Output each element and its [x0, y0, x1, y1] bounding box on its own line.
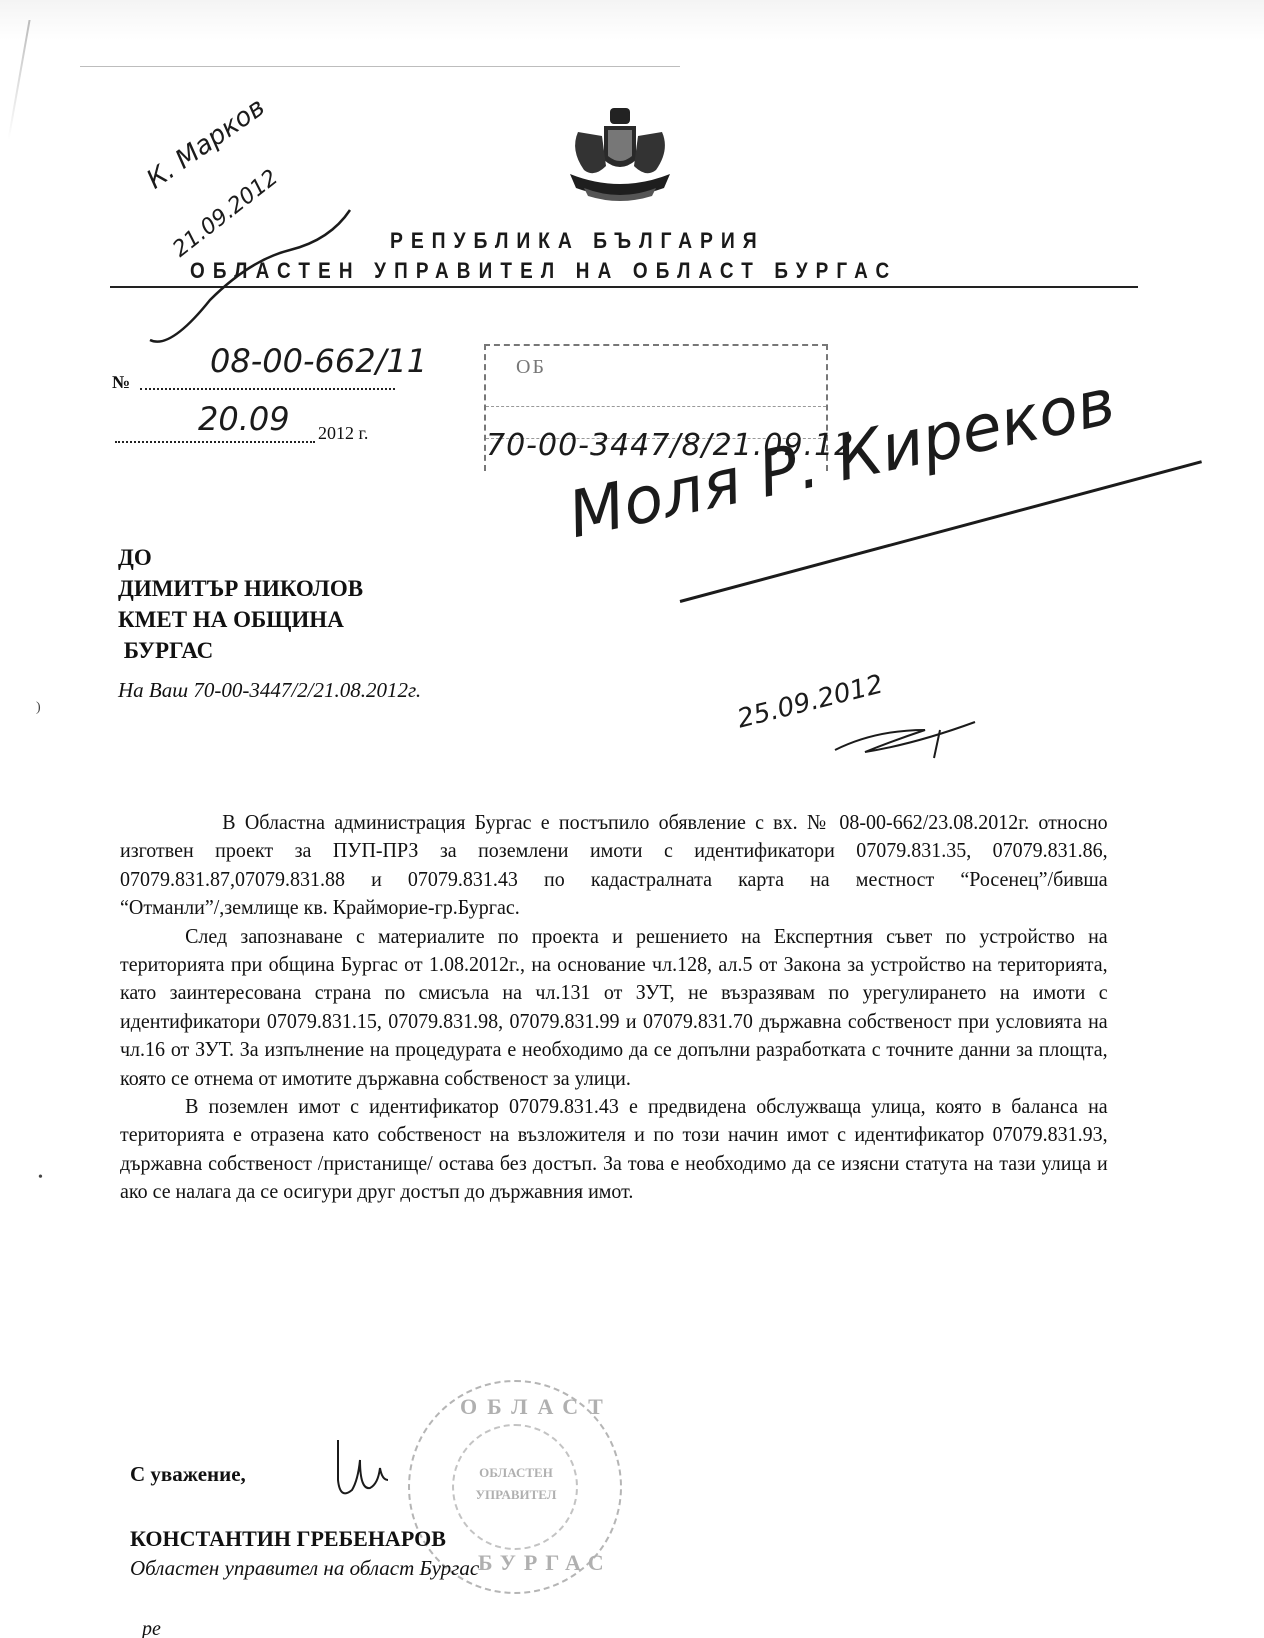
- bulgarian-coat-of-arms-icon: [560, 108, 680, 208]
- handwritten-stroke: [120, 190, 380, 350]
- registration-number-value: 08-00-662/11: [210, 342, 427, 380]
- seal-outer-top-text: ОБЛАСТ: [460, 1394, 613, 1420]
- letterhead-country: РЕПУБЛИКА БЪЛГАРИЯ: [390, 228, 765, 254]
- addressee-name: ДИМИТЪР НИКОЛОВ: [118, 573, 363, 604]
- signer-name: КОНСТАНТИН ГРЕБЕНАРОВ: [130, 1526, 446, 1552]
- registration-number-label: №: [112, 372, 130, 393]
- addressee-city: БУРГАС: [118, 635, 363, 666]
- signer-title: Областен управител на област Бургас: [130, 1556, 479, 1581]
- registration-number-dots: [140, 388, 395, 390]
- reference-number: На Ваш 70-00-3447/2/21.08.2012г.: [118, 678, 421, 703]
- addressee-to: ДО: [118, 542, 363, 573]
- preparer-initials: ре: [142, 1618, 161, 1638]
- seal-inner-line: ОБЛАСТЕН: [466, 1462, 566, 1484]
- scan-mark: •: [38, 1170, 43, 1186]
- letter-body: В Областна администрация Бургас е постъп…: [120, 808, 1108, 1206]
- body-paragraph: В Областна администрация Бургас е постъп…: [120, 808, 1108, 922]
- stamp-row-divider: [486, 406, 826, 407]
- resolution-signature: [830, 720, 980, 760]
- seal-outer-bottom-text: БУРГАС: [478, 1550, 612, 1576]
- scan-artifact-line: [80, 66, 680, 67]
- stamp-title: ОБ: [516, 356, 546, 379]
- addressee-position: КМЕТ НА ОБЩИНА: [118, 604, 363, 635]
- signer-signature: [330, 1438, 410, 1508]
- seal-inner-line: УПРАВИТЕЛ: [466, 1484, 566, 1506]
- registration-date-value: 20.09: [198, 400, 290, 438]
- closing-salutation: С уважение,: [130, 1462, 246, 1487]
- addressee-block: ДО ДИМИТЪР НИКОЛОВ КМЕТ НА ОБЩИНА БУРГАС: [118, 542, 363, 666]
- body-paragraph: След запознаване с материалите по проект…: [120, 922, 1108, 1092]
- seal-inner-ring: ОБЛАСТЕН УПРАВИТЕЛ: [452, 1424, 578, 1550]
- registration-year: 2012 г.: [318, 423, 368, 444]
- scan-mark: ): [36, 700, 41, 716]
- seal-inner-text: ОБЛАСТЕН УПРАВИТЕЛ: [466, 1462, 566, 1506]
- registration-date-dots: [115, 441, 315, 443]
- body-paragraph: В поземлен имот с идентификатор 07079.83…: [120, 1092, 1108, 1206]
